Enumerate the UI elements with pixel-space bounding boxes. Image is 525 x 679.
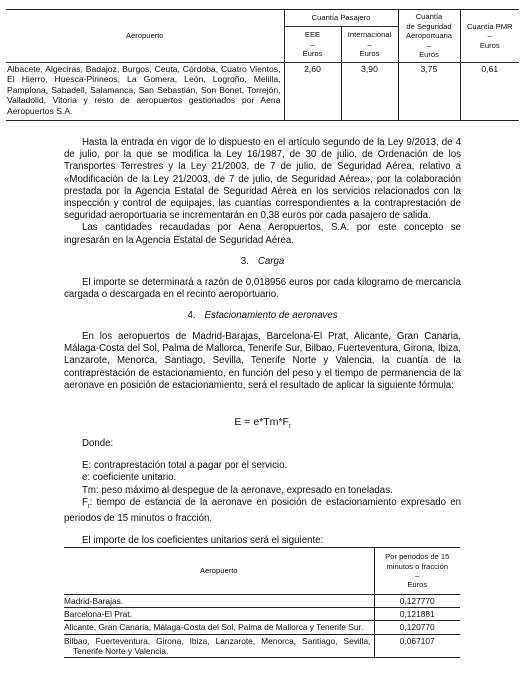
section-3-body: El importe se determinará a razón de 0,0… (64, 277, 461, 301)
paragraph-surcharge: Hasta la entrada en vigor de lo dispuest… (64, 137, 461, 222)
table-row: Bilbao, Fuerteventura, Girona, Ibiza, La… (64, 634, 460, 657)
pmr-value: 0,61 (460, 63, 519, 121)
header-aeropuerto: Aeropuerto (64, 548, 374, 595)
header-cuantia-seguridad: Cuantía de Seguridad Aeroportuaria – Eur… (398, 10, 460, 63)
header-cuantia-pmr: Cuantía PMR – Euros (460, 10, 519, 63)
formula: E = e*Tm*Ft (64, 416, 461, 433)
paragraph-collection: Las cantidades recaudadas por Aena Aerop… (64, 222, 461, 246)
coefficient-value: 0,067107 (374, 634, 460, 657)
airport-cell: Bilbao, Fuerteventura, Girona, Ibiza, La… (64, 634, 374, 657)
paragraph-carga: El importe se determinará a razón de 0,0… (64, 277, 461, 301)
definition-E: E: contraprestación total a pagar por el… (64, 460, 461, 472)
table-row: Madrid-Barajas. 0,127770 (64, 595, 460, 608)
header-eee: EEE – Euros (284, 27, 341, 63)
airport-cell: Barcelona-El Prat. (64, 608, 374, 621)
table-row: Barcelona-El Prat. 0,121881 (64, 608, 460, 621)
airport-cell: Madrid-Barajas. (64, 595, 374, 608)
header-cuantia-pasajero: Cuantía Pasajero (284, 10, 398, 27)
parking-coefficients-table: Aeropuerto Por periodos de 15 minutos o … (64, 547, 460, 658)
section-3-heading: 3.Carga (64, 256, 461, 268)
table-row: Alicante, Gran Canaria, Málaga-Costa del… (64, 621, 460, 634)
coefficient-value: 0,121881 (374, 608, 460, 621)
header-periodos: Por periodos de 15 minutos o fracción – … (374, 548, 460, 595)
eee-value: 2,60 (284, 63, 341, 121)
internacional-value: 3,90 (341, 63, 398, 121)
section-number: 4. (187, 310, 195, 321)
definition-Ft: Ft: tiempo de estancia de la aeronave en… (64, 497, 461, 525)
donde-label: Donde: (64, 438, 461, 450)
coefficient-value: 0,120770 (374, 621, 460, 634)
paragraph-estacionamiento: En los aeropuertos de Madrid-Barajas, Ba… (64, 331, 461, 392)
table-row: Albacete, Algeciras, Badajoz, Burgos, Ce… (6, 63, 519, 121)
coefficient-value: 0,127770 (374, 595, 460, 608)
coefficients-intro: El importe de los coeficientes unitarios… (64, 535, 461, 547)
section-title: Estacionamiento de aeronaves (205, 310, 338, 321)
formula-definitions: Donde: E: contraprestación total a pagar… (64, 438, 461, 547)
seguridad-value: 3,75 (398, 63, 460, 121)
section-title: Carga (258, 256, 284, 267)
definition-e: e: coeficiente unitario. (64, 472, 461, 484)
security-surcharge-section: Hasta la entrada en vigor de lo dispuest… (64, 137, 461, 247)
section-4-heading: 4.Estacionamiento de aeronaves (64, 310, 461, 322)
header-internacional: Internacional – Euros (341, 27, 398, 63)
passenger-fees-table: Aeropuerto Cuantía Pasajero Cuantía de S… (6, 9, 519, 121)
definition-Tm: Tm: peso máximo al despegue de la aerona… (64, 485, 461, 497)
section-number: 3. (241, 256, 249, 267)
section-4-body: En los aeropuertos de Madrid-Barajas, Ba… (64, 331, 461, 392)
airports-cell: Albacete, Algeciras, Badajoz, Burgos, Ce… (6, 63, 284, 121)
header-aeropuerto: Aeropuerto (6, 10, 284, 63)
airport-cell: Alicante, Gran Canaria, Málaga-Costa del… (64, 621, 374, 634)
